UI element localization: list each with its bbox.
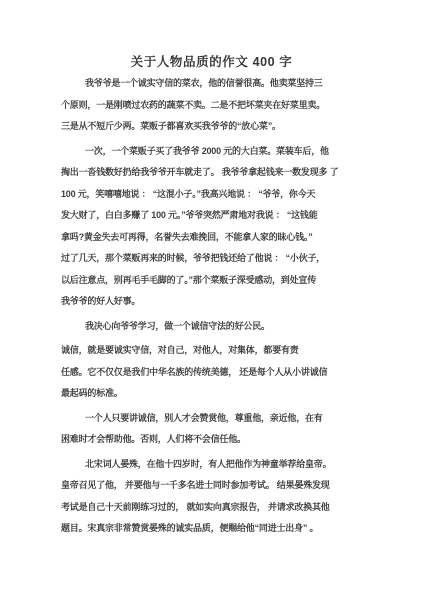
- text-line: 题目。宋真宗非常赞赏晏殊的诚实品质，便赐给他“同进士出身” 。: [61, 518, 401, 540]
- text-line: 过了几天，那个菜贩再来的时候，爷爷把钱还给了他说 ： “小伙子，: [61, 248, 401, 270]
- text-line: 以后注意点，别再毛手毛脚的了。”那个菜贩子深受感动，到处宣传: [61, 270, 401, 292]
- text-line: 个原则，一是刚喷过农药的蔬菜不卖。二是不把坏菜夹在好菜里卖。: [61, 95, 401, 117]
- text-line: 皇帝召见了他， 并要他与一千多名进士同时参加考试。 结果晏殊发现: [61, 475, 401, 497]
- document-title: 关于人物品质的作文 400 字: [0, 52, 423, 70]
- paragraph: 北宋词人晏殊，在他十四岁时，有人把他作为神童举荐给皇帝。皇帝召见了他， 并要他与…: [61, 454, 401, 540]
- text-line: 发大财了，白白多赚了 100 元。”爷爷突然严肃地对我说 ： “这钱能: [61, 205, 401, 227]
- paragraph: 一个人只要讲诚信，别人才会赞赏他，尊重他，亲近他，在有困难时才会帮助他。否则，人…: [61, 408, 401, 451]
- text-line: 三是从不短斤少两。菜贩子都喜欢买我爷爷的“放心菜”。: [61, 116, 401, 138]
- document-page: 关于人物品质的作文 400 字 我爷爷是一个诚实守信的菜农，他的信誉很高。他卖菜…: [0, 0, 423, 600]
- paragraph: 我爷爷是一个诚实守信的菜农，他的信誉很高。他卖菜坚持三个原则，一是刚喷过农药的蔬…: [61, 73, 401, 138]
- text-line: 我决心向爷爷学习，做一个诚信守法的好公民。: [61, 316, 401, 338]
- text-line: 困难时才会帮助他。否则，人们将不会信任他。: [61, 429, 401, 451]
- text-line: 掏出一沓钱数好扔给我爷爷开车就走了。 我爷爷拿起钱来一数发现多 了: [61, 162, 401, 184]
- paragraph: 一次，一个菜贩子买了我爷爷 2000 元的大白菜。菜装车后，他掏出一沓钱数好扔给…: [61, 141, 401, 313]
- text-line: 最起码的标准。: [61, 383, 401, 405]
- text-line: 诚信，就是要诚实守信，对自己，对他人，对集体，都要有责: [61, 340, 401, 362]
- text-line: 任感。它不仅仅是我们中华名族的传统美德， 还是每个人从小讲诚信: [61, 362, 401, 384]
- text-line: 一次，一个菜贩子买了我爷爷 2000 元的大白菜。菜装车后，他: [61, 141, 401, 163]
- text-line: 拿吗?黄金失去可再得，名誉失去难挽回，不能拿人家的昧心钱。”: [61, 227, 401, 249]
- text-line: 100 元，笑嘻嘻地说 ： “这混小子。”我高兴地说 ： “爷爷，你今天: [61, 184, 401, 206]
- text-line: 考试是自己十天前刚练习过的， 就如实向真宗报告， 并请求改换其他: [61, 497, 401, 519]
- text-line: 北宋词人晏殊，在他十四岁时，有人把他作为神童举荐给皇帝。: [61, 454, 401, 476]
- document-body: 我爷爷是一个诚实守信的菜农，他的信誉很高。他卖菜坚持三个原则，一是刚喷过农药的蔬…: [61, 73, 401, 540]
- paragraph: 我决心向爷爷学习，做一个诚信守法的好公民。: [61, 316, 401, 338]
- text-line: 我爷爷是一个诚实守信的菜农，他的信誉很高。他卖菜坚持三: [61, 73, 401, 95]
- paragraph: 诚信，就是要诚实守信，对自己，对他人，对集体，都要有责任感。它不仅仅是我们中华名…: [61, 340, 401, 405]
- text-line: 我爷爷的好人好事。: [61, 291, 401, 313]
- text-line: 一个人只要讲诚信，别人才会赞赏他，尊重他，亲近他，在有: [61, 408, 401, 430]
